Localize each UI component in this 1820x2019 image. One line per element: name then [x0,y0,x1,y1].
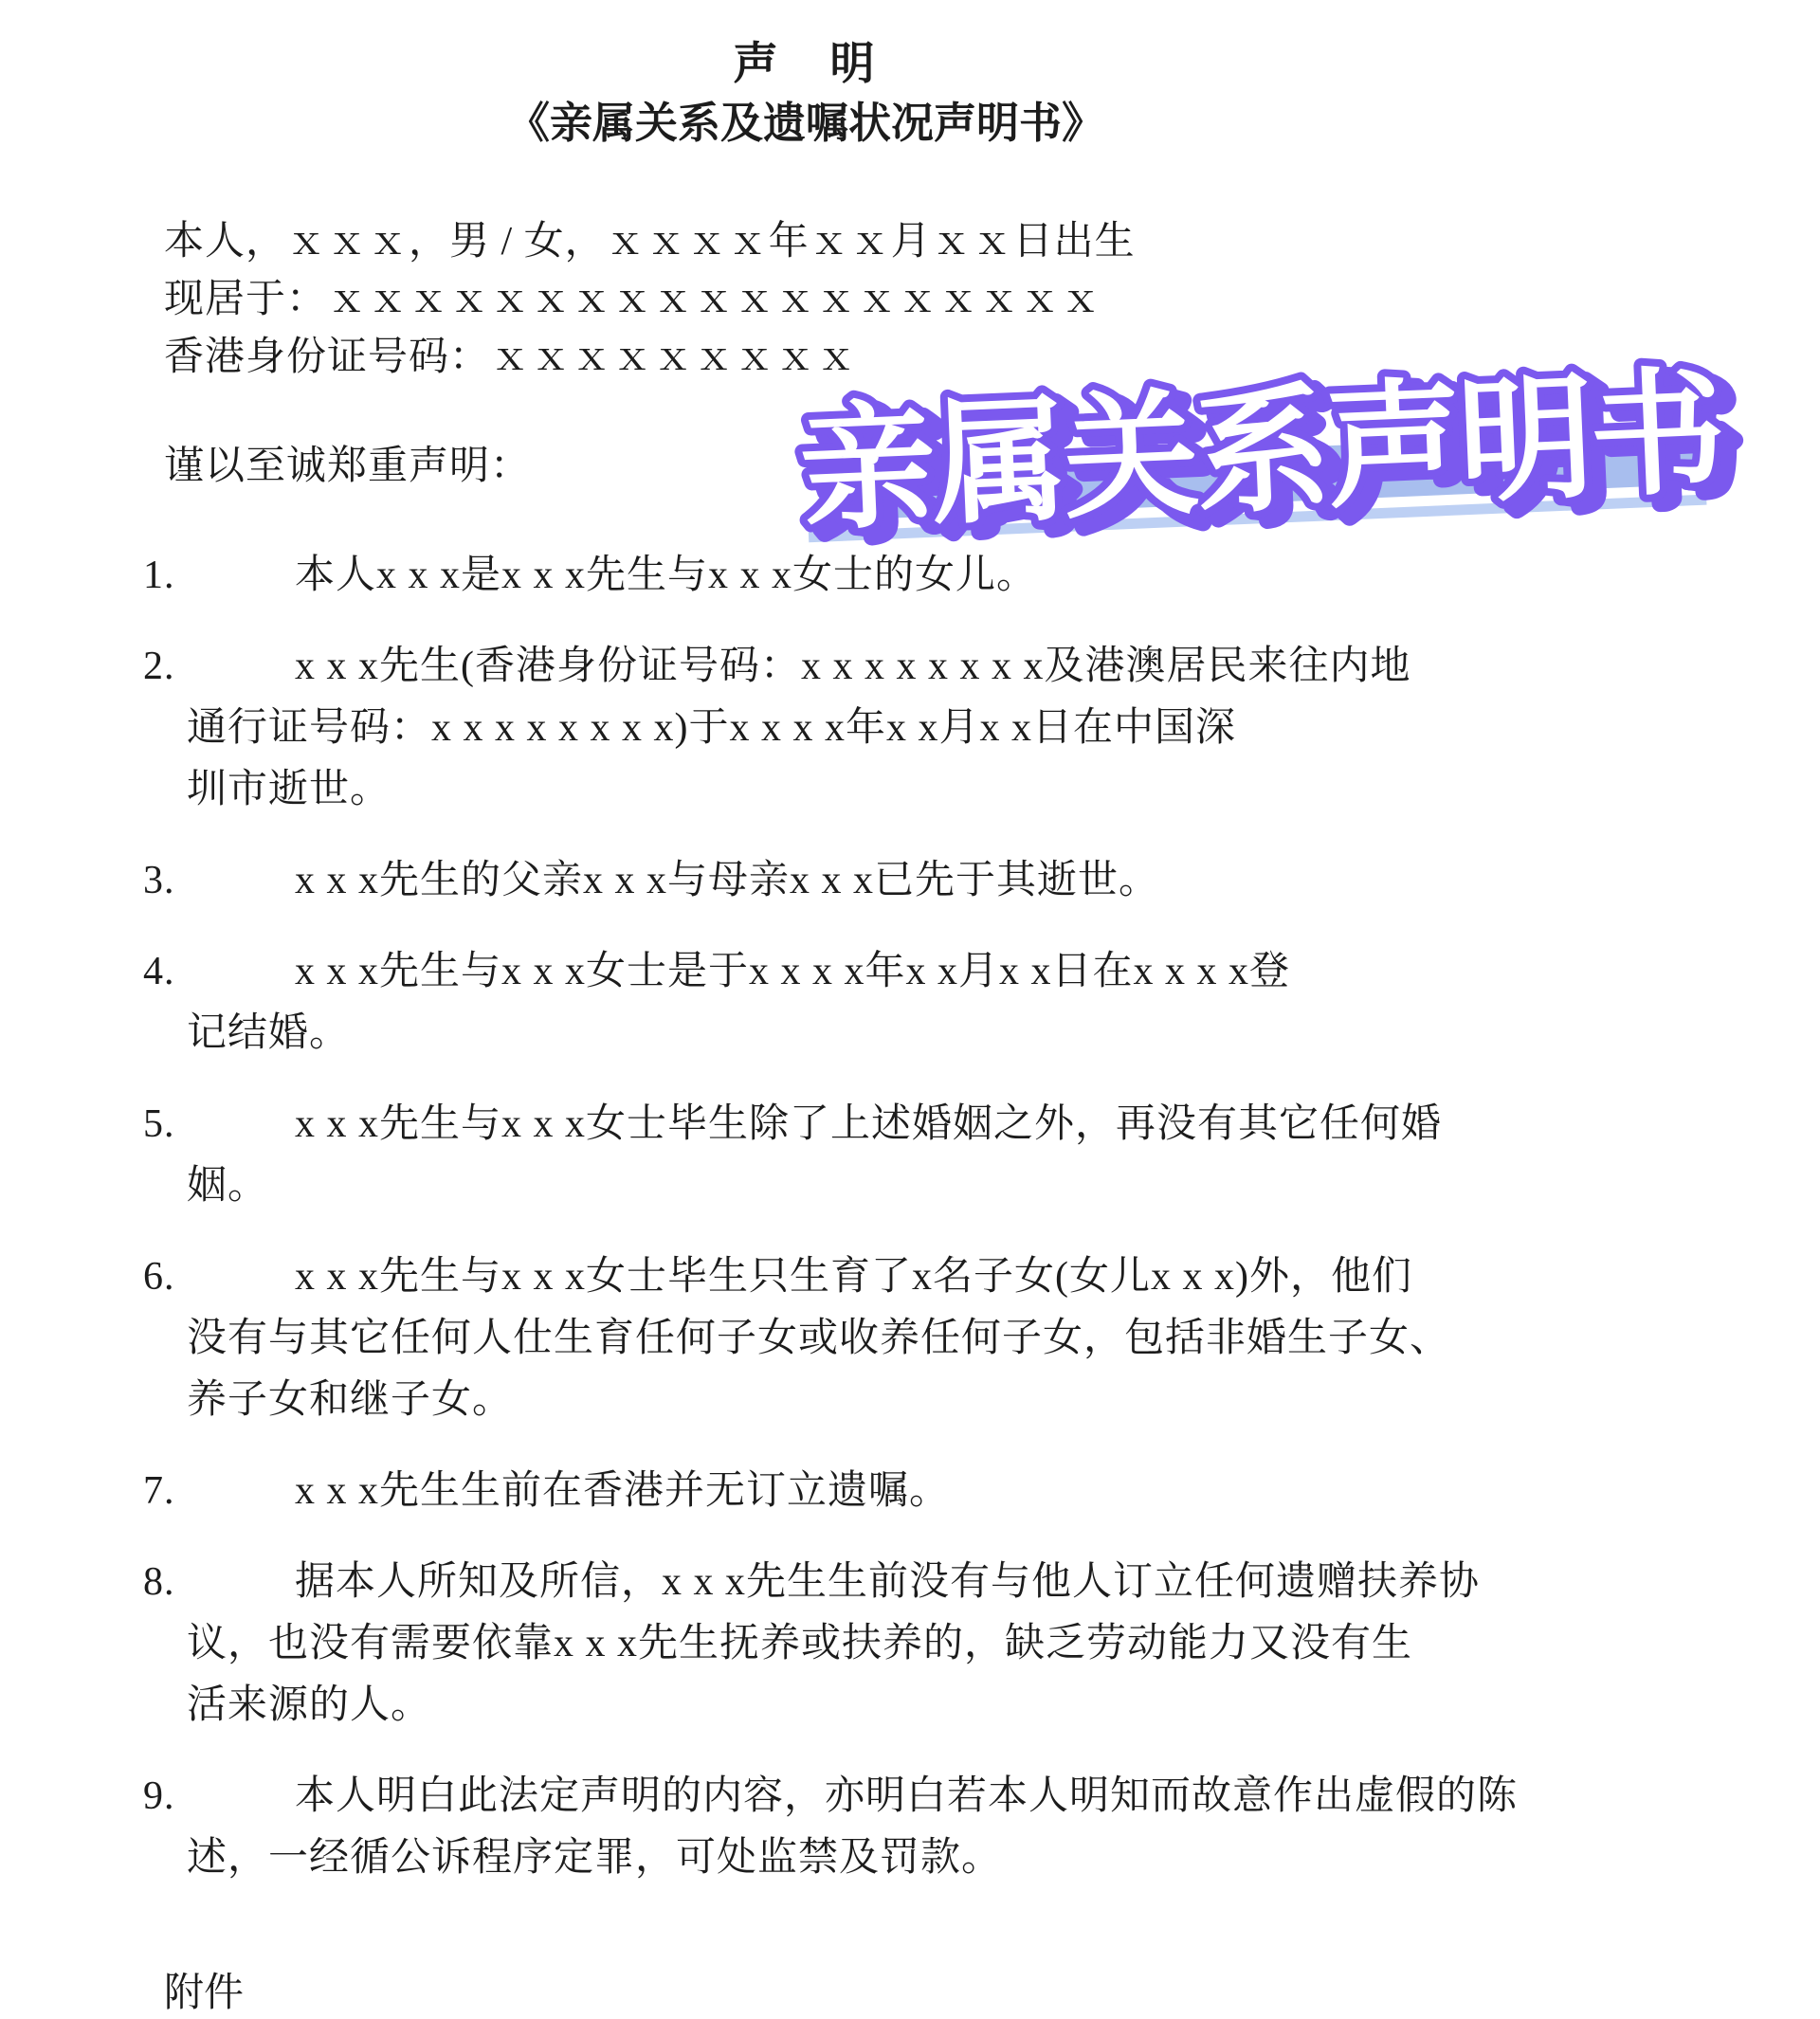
item-number: 5. [143,1094,175,1155]
statement-item: 2. x x x先生(香港身份证号码：x x x x x x x x及港澳居民来… [187,636,1708,821]
item-text: 本人明白此法定声明的内容，亦明白若本人明知而故意作出虚假的陈 [187,1766,1708,1828]
item-number: 6. [143,1246,175,1308]
item-number: 7. [143,1461,175,1522]
statement-item: 4. x x x先生与x x x女士是于x x x x年x x月x x日在x x… [187,941,1708,1064]
declaration-lead: 谨以至诚郑重声明： [164,438,1820,496]
item-text: 据本人所知及所信，x x x先生生前没有与他人订立任何遗赠扶养协 [187,1552,1708,1613]
item-text: 没有与其它任何人仕生育任何子女或收养任何子女，包括非婚生子女、 [187,1308,1708,1370]
statement-item: 5. x x x先生与x x x女士毕生除了上述婚姻之外，再没有其它任何婚 姻。 [187,1094,1708,1217]
item-text: 圳市逝世。 [187,759,1708,821]
declarant-identity-line: 本人，ｘｘｘ，男 / 女，ｘｘｘｘ年ｘｘ月ｘｘ日出生 [164,213,1820,271]
item-text: 通行证号码：x x x x x x x x)于x x x x年x x月x x日在… [187,698,1708,759]
item-number: 3. [143,850,175,912]
item-number: 2. [143,636,175,698]
item-text: x x x先生与x x x女士毕生只生育了x名子女(女儿x x x)外，他们 [187,1246,1708,1308]
item-text: 活来源的人。 [187,1675,1708,1737]
document-header: 声 明 《亲属关系及遗嘱状况声明书》 [142,38,1469,149]
attachment-label: 附件 [164,1965,1820,2019]
item-text: 议，也没有需要依靠x x x先生抚养或扶养的，缺乏劳动能力又没有生 [187,1613,1708,1675]
declarant-hkid-line: 香港身份证号码：ｘｘｘｘｘｘｘｘｘ [164,329,1820,387]
declaration-document: 声 明 《亲属关系及遗嘱状况声明书》 本人，ｘｘｘ，男 / 女，ｘｘｘｘ年ｘｘ月… [0,0,1820,2019]
statement-item: 8. 据本人所知及所信，x x x先生生前没有与他人订立任何遗赠扶养协 议，也没… [187,1552,1708,1737]
item-text: 本人x x x是x x x先生与x x x女士的女儿。 [187,545,1708,607]
item-text: 姻。 [187,1155,1708,1217]
item-text: x x x先生与x x x女士是于x x x x年x x月x x日在x x x … [187,941,1708,1003]
item-number: 4. [143,941,175,1003]
item-number: 1. [143,545,175,607]
declarant-address-line: 现居于：ｘｘｘｘｘｘｘｘｘｘｘｘｘｘｘｘｘｘｘ [164,271,1820,329]
item-text: 养子女和继子女。 [187,1370,1708,1431]
declarant-info: 本人，ｘｘｘ，男 / 女，ｘｘｘｘ年ｘｘ月ｘｘ日出生 现居于：ｘｘｘｘｘｘｘｘｘ… [164,213,1820,387]
statement-list: 1. 本人x x x是x x x先生与x x x女士的女儿。 2. x x x先… [0,545,1820,1889]
item-text: 记结婚。 [187,1003,1708,1064]
page-title: 声 明 [142,38,1469,91]
statement-item: 3. x x x先生的父亲x x x与母亲x x x已先于其逝世。 [187,850,1708,912]
statement-item: 1. 本人x x x是x x x先生与x x x女士的女儿。 [187,545,1708,607]
item-text: x x x先生(香港身份证号码：x x x x x x x x及港澳居民来往内地 [187,636,1708,698]
item-text: x x x先生的父亲x x x与母亲x x x已先于其逝世。 [187,850,1708,912]
statement-item: 9. 本人明白此法定声明的内容，亦明白若本人明知而故意作出虚假的陈 述，一经循公… [187,1766,1708,1889]
item-text: 述，一经循公诉程序定罪，可处监禁及罚款。 [187,1828,1708,1889]
item-text: x x x先生生前在香港并无订立遗嘱。 [187,1461,1708,1522]
item-text: x x x先生与x x x女士毕生除了上述婚姻之外，再没有其它任何婚 [187,1094,1708,1155]
statement-item: 7. x x x先生生前在香港并无订立遗嘱。 [187,1461,1708,1522]
item-number: 8. [143,1552,175,1613]
page-subtitle: 《亲属关系及遗嘱状况声明书》 [142,98,1469,149]
item-number: 9. [143,1766,175,1828]
statement-item: 6. x x x先生与x x x女士毕生只生育了x名子女(女儿x x x)外，他… [187,1246,1708,1431]
